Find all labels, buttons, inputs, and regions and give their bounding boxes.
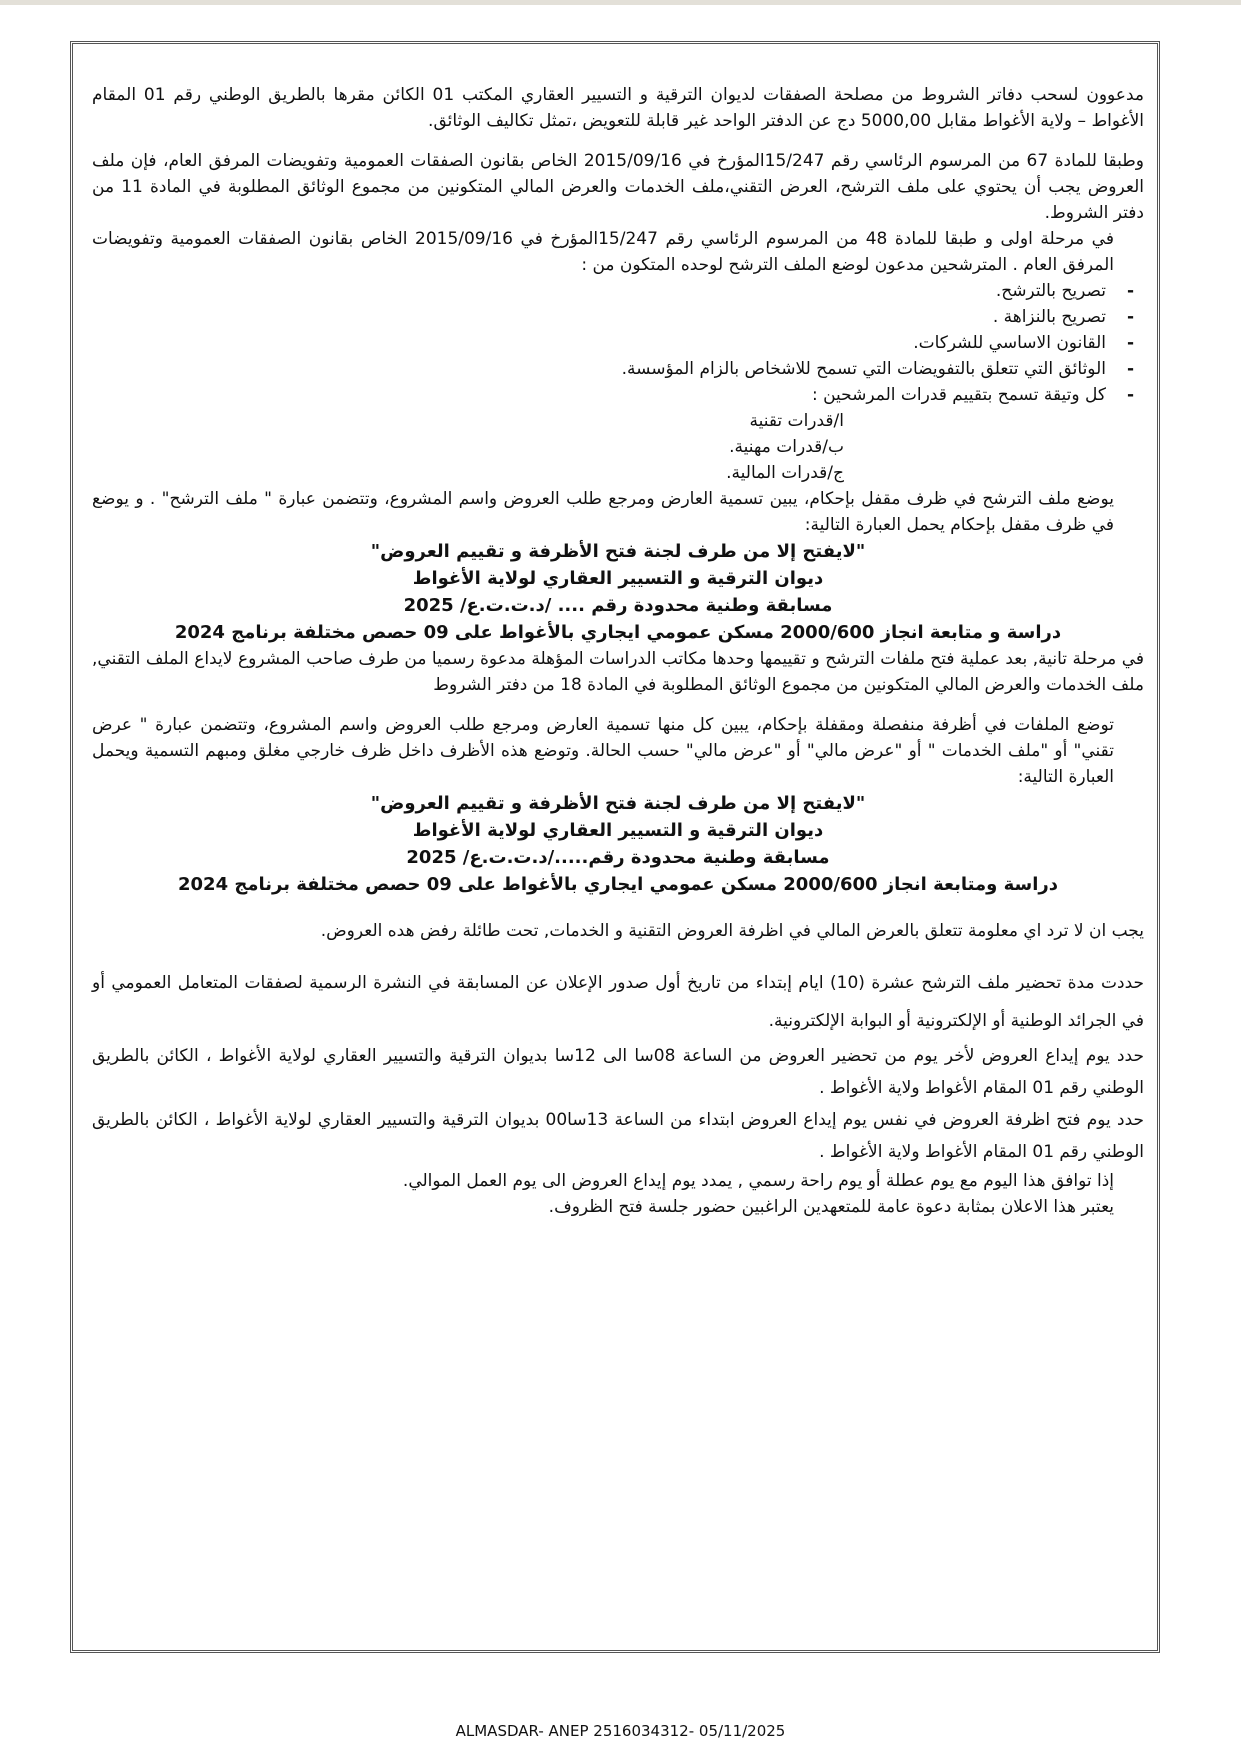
phase-1-paragraph: في مرحلة اولى و طبقا للمادة 48 من المرسو… xyxy=(92,226,1144,278)
list-item: تصريح بالنزاهة . xyxy=(92,304,1134,330)
list-item: الوثائق التي تتعلق بالتفويضات التي تسمح … xyxy=(92,356,1134,382)
envelope-label-line: ديوان الترقية و التسيير العقاري لولاية ا… xyxy=(92,817,1144,844)
capacity-professional: ب/قدرات مهنية. xyxy=(92,434,844,460)
duration-paragraph: حددت مدة تحضير ملف الترشح عشرة (10) ايام… xyxy=(92,964,1144,1040)
invitation-note: يعتبر هذا الاعلان بمثابة دعوة عامة للمتع… xyxy=(92,1194,1144,1220)
envelope-label-line: دراسة و متابعة انجاز 2000/600 مسكن عمومي… xyxy=(92,619,1144,646)
list-item: تصريح بالترشح. xyxy=(92,278,1134,304)
tender-announcement: مدعوون لسحب دفاتر الشروط من مصلحة الصفقا… xyxy=(92,82,1144,1220)
capacity-financial: ج/قدرات المالية. xyxy=(92,460,844,486)
envelope-label-line: دراسة ومتابعة انجاز 2000/600 مسكن عمومي … xyxy=(92,871,1144,898)
envelope-1-paragraph: يوضع ملف الترشح في ظرف مقفل بإحكام، يبين… xyxy=(92,486,1144,538)
intro-paragraph: مدعوون لسحب دفاتر الشروط من مصلحة الصفقا… xyxy=(92,82,1144,134)
envelope-label-line: "لايفتح إلا من طرف لجنة فتح الأظرفة و تق… xyxy=(92,790,1144,817)
envelope-2-paragraph: توضع الملفات في أظرفة منفصلة ومقفلة بإحك… xyxy=(92,712,1144,790)
publication-reference: ALMASDAR- ANEP 2516034312- 05/11/2025 xyxy=(0,1722,1241,1740)
envelope-label-1: "لايفتح إلا من طرف لجنة فتح الأظرفة و تق… xyxy=(92,538,1144,646)
financial-note: يجب ان لا ترد اي معلومة تتعلق بالعرض الم… xyxy=(92,918,1144,944)
candidacy-documents-list: تصريح بالترشح. تصريح بالنزاهة . القانون … xyxy=(92,278,1144,408)
opening-day-paragraph: حدد يوم فتح اظرفة العروض في نفس يوم إيدا… xyxy=(92,1104,1144,1168)
phase-2-paragraph: في مرحلة تانية, بعد عملية فتح ملفات التر… xyxy=(92,646,1144,698)
envelope-label-line: مسابقة وطنية محدودة رقم...../د.ت.ت.ع/ 20… xyxy=(92,844,1144,871)
list-item: كل وتيقة تسمح بتقييم قدرات المرشحين : xyxy=(92,382,1134,408)
capacity-technical: ا/قدرات تقنية xyxy=(92,408,844,434)
scan-edge xyxy=(0,0,1241,5)
holiday-note: إذا توافق هذا اليوم مع يوم عطلة أو يوم ر… xyxy=(92,1168,1144,1194)
list-item: القانون الاساسي للشركات. xyxy=(92,330,1134,356)
envelope-label-line: ديوان الترقية و التسيير العقاري لولاية ا… xyxy=(92,565,1144,592)
envelope-label-line: "لايفتح إلا من طرف لجنة فتح الأظرفة و تق… xyxy=(92,538,1144,565)
envelope-label-2: "لايفتح إلا من طرف لجنة فتح الأظرفة و تق… xyxy=(92,790,1144,898)
article-67-paragraph: وطبقا للمادة 67 من المرسوم الرئاسي رقم 1… xyxy=(92,148,1144,226)
envelope-label-line: مسابقة وطنية محدودة رقم .... /د.ت.ت.ع/ 2… xyxy=(92,592,1144,619)
deposit-day-paragraph: حدد يوم إيداع العروض لأخر يوم من تحضير ا… xyxy=(92,1040,1144,1104)
capacities-list: ا/قدرات تقنية ب/قدرات مهنية. ج/قدرات الم… xyxy=(92,408,1144,486)
